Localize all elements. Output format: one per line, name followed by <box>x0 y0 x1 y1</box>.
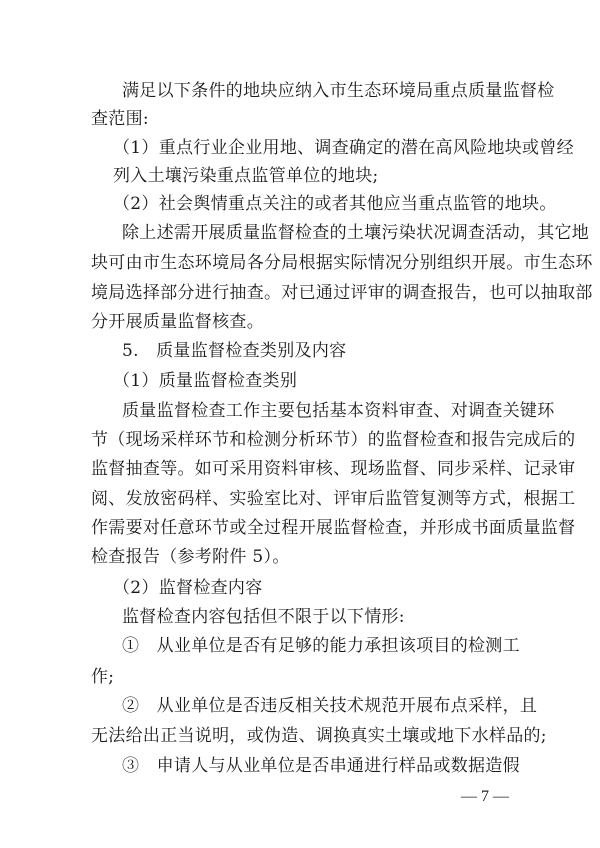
text-line: 作; <box>91 667 510 687</box>
list-item-circled-3: ③ 申请人与从业单位是否串通进行样品或数据造假 <box>122 756 510 776</box>
text-line: 无法给出正当说明，或伪造、调换真实土壤或地下水样品的; <box>91 726 510 746</box>
list-item-circled-1: ① 从业单位是否有足够的能力承担该项目的检测工 <box>122 636 510 656</box>
text-line: 质量监督检查工作主要包括基本资料审查、对调查关键环 <box>122 401 510 421</box>
text-line: 满足以下条件的地块应纳入市生态环境局重点质量监督检 <box>122 81 510 101</box>
text-line: 块可由市生态环境局各分局根据实际情况分别组织开展。市生态环 <box>91 253 510 273</box>
text-line: 阅、发放密码样、实验室比对、评审后监管复测等方式，根据工 <box>91 489 510 509</box>
text-line: 境局选择部分进行抽查。对已通过评审的调查报告，也可以抽取部 <box>91 283 510 303</box>
text-line: 节（现场采样环节和检测分析环节）的监督检查和报告完成后的 <box>91 430 510 450</box>
page-number: — 7 — <box>455 787 515 807</box>
section-heading: 5. 质量监督检查类别及内容 <box>122 341 510 361</box>
text-line: 监督检查内容包括但不限于以下情形: <box>122 607 510 627</box>
list-item-2: （2）社会舆情重点关注的或者其他应当重点监管的地块。 <box>113 194 510 214</box>
subsection-heading: （2）监督检查内容 <box>113 578 510 598</box>
text-line: 除上述需开展质量监督检查的土壤污染状况调查活动，其它地 <box>122 223 510 243</box>
text-line: 查范围: <box>91 109 510 129</box>
text-line: 分开展质量监督核查。 <box>91 312 510 332</box>
document-page: 满足以下条件的地块应纳入市生态环境局重点质量监督检 查范围: （1）重点行业企业… <box>0 0 600 848</box>
text-line: 检查报告（参考附件 5）。 <box>91 547 510 567</box>
subsection-heading: （1）质量监督检查类别 <box>113 371 510 391</box>
text-line: 监督抽查等。如可采用资料审核、现场监督、同步采样、记录审 <box>91 459 510 479</box>
text-line: 列入土壤污染重点监管单位的地块; <box>113 166 510 186</box>
list-item-circled-2: ② 从业单位是否违反相关技术规范开展布点采样，且 <box>122 696 510 716</box>
list-item-1: （1）重点行业企业用地、调查确定的潜在高风险地块或曾经 <box>113 138 510 158</box>
text-line: 作需要对任意环节或全过程开展监督检查，并形成书面质量监督 <box>91 518 510 538</box>
